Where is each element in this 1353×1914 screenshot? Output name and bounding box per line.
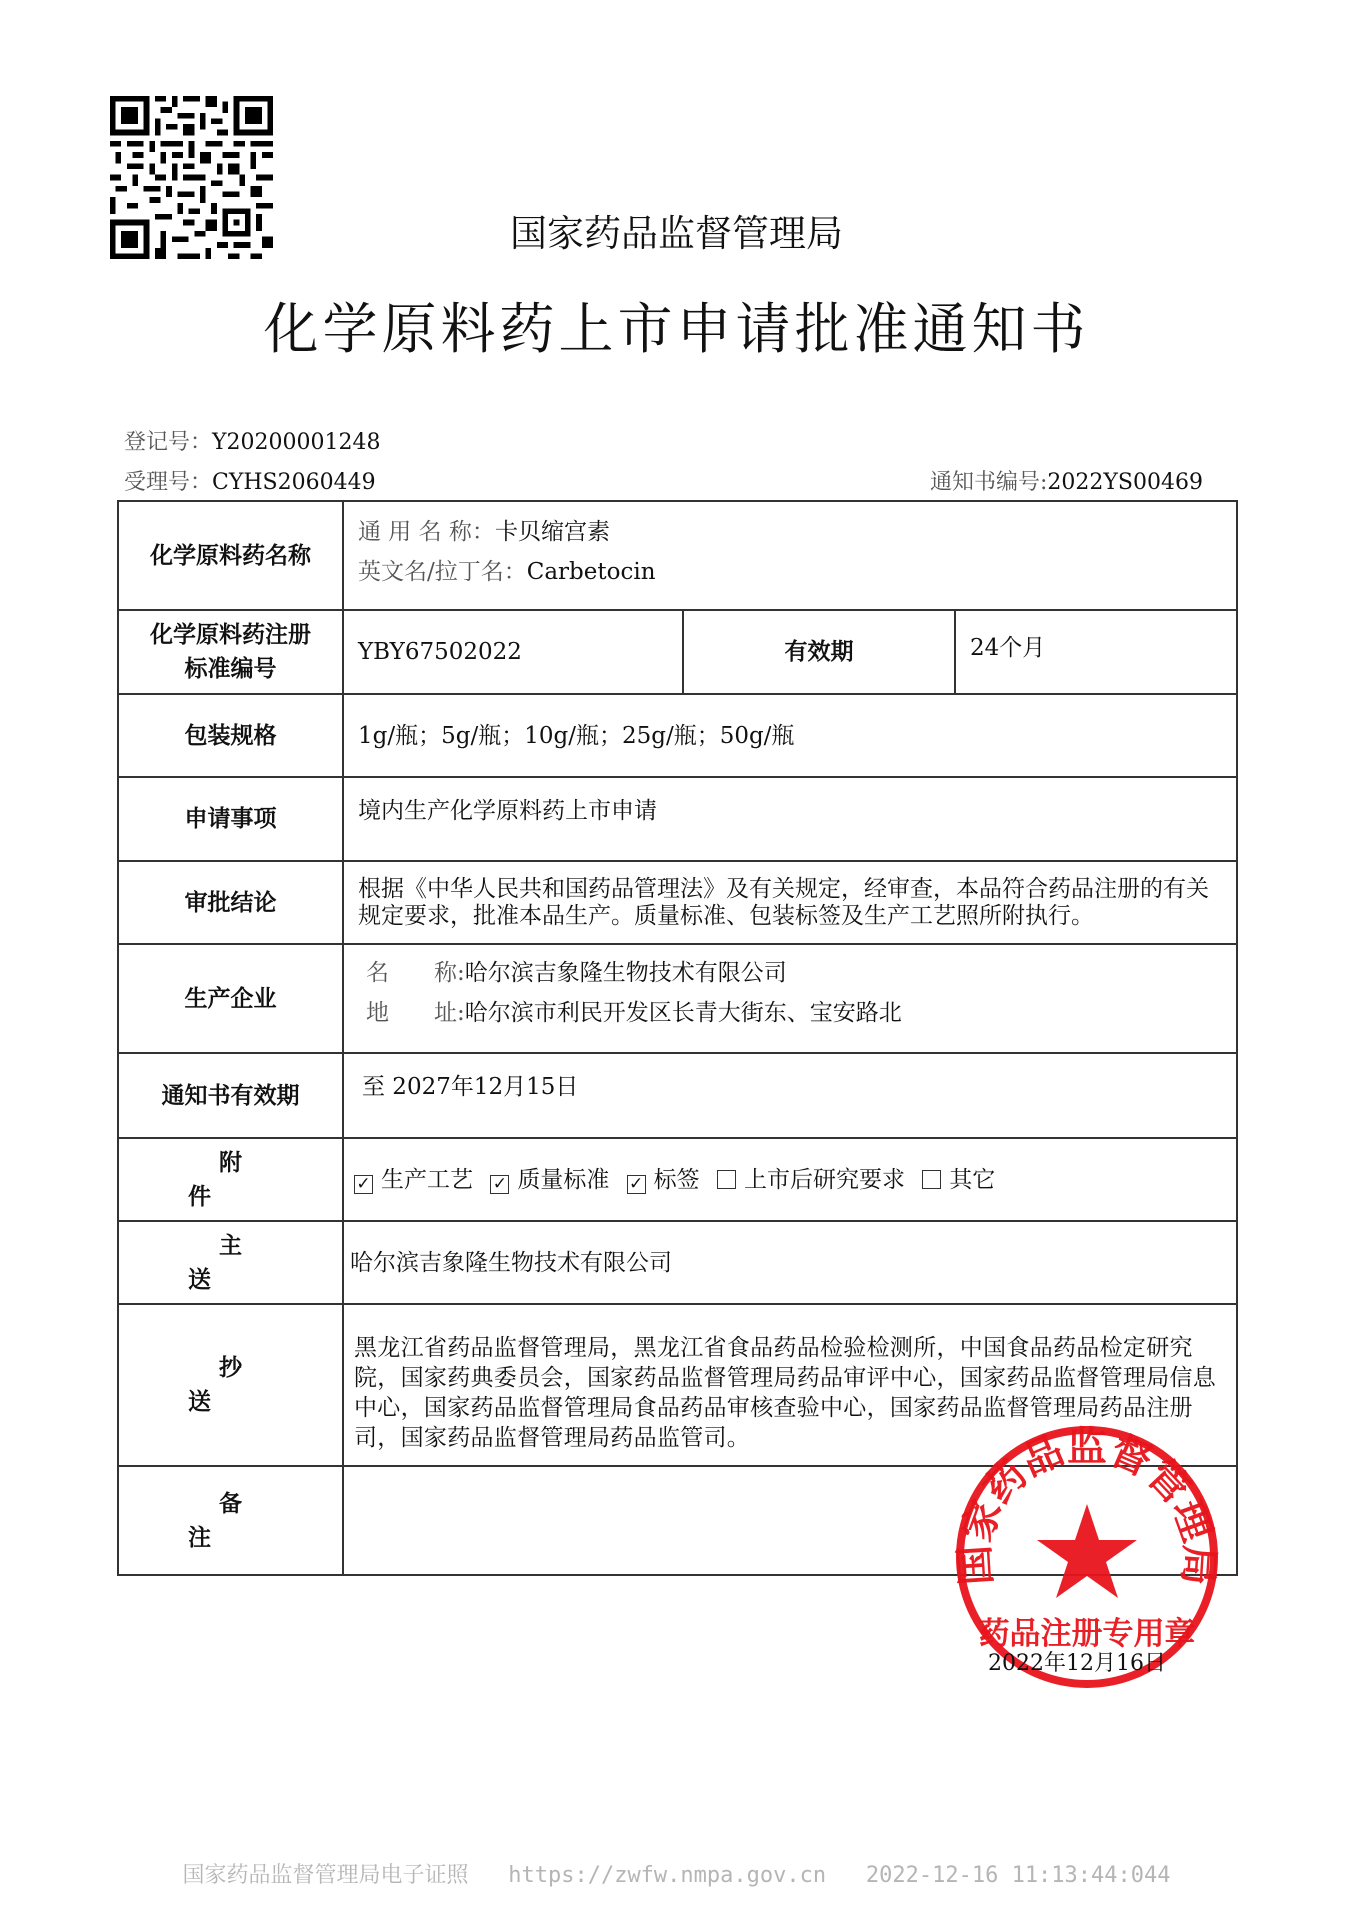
attachment-other: 其它 bbox=[922, 1167, 995, 1193]
packaging-label: 包装规格 bbox=[118, 694, 343, 777]
manufacturer-address-line: 地址:哈尔滨市利民开发区长青大街东、宝安路北 bbox=[358, 993, 1236, 1033]
issuing-organization: 国家药品监督管理局 bbox=[0, 203, 1353, 257]
attachments-label-text: 附件 bbox=[157, 1149, 304, 1210]
standard-value: YBY67502022 bbox=[343, 610, 683, 694]
attachment-label: 质量标准 bbox=[517, 1167, 609, 1193]
common-name-value: 卡贝缩宫素 bbox=[495, 519, 610, 545]
conclusion-label: 审批结论 bbox=[118, 861, 343, 944]
attachment-quality-standard: ✓质量标准 bbox=[490, 1167, 609, 1193]
attachment-label: 标签 bbox=[654, 1167, 700, 1193]
attachment-label: 上市后研究要求 bbox=[744, 1167, 905, 1193]
acceptance-number: 受理号：CYHS2060449 bbox=[124, 465, 376, 496]
row-packaging: 包装规格 1g/瓶；5g/瓶；10g/瓶；25g/瓶；50g/瓶 bbox=[118, 694, 1237, 777]
attachment-label: 生产工艺 bbox=[381, 1167, 473, 1193]
footer-source: 国家药品监督管理局电子证照 bbox=[182, 1863, 468, 1888]
common-name-label: 通 用 名 称： bbox=[358, 519, 495, 545]
attachments-label: 附件 bbox=[118, 1138, 343, 1221]
approval-table: 化学原料药名称 通 用 名 称：卡贝缩宫素 英文名/拉丁名：Carbetocin… bbox=[117, 500, 1238, 1576]
drug-name-label: 化学原料药名称 bbox=[118, 501, 343, 610]
registration-number: 登记号：Y20200001248 bbox=[124, 425, 381, 456]
attachment-label: 其它 bbox=[949, 1167, 995, 1193]
remarks-label-text: 备注 bbox=[157, 1490, 304, 1551]
english-name-value: Carbetocin bbox=[527, 559, 656, 585]
checkbox-unchecked-icon bbox=[717, 1170, 736, 1189]
footer: 国家药品监督管理局电子证照 https://zwfw.nmpa.gov.cn 2… bbox=[0, 1858, 1353, 1889]
address-label-part1: 地 bbox=[358, 993, 434, 1033]
star-icon bbox=[1037, 1504, 1137, 1598]
acceptance-label: 受理号： bbox=[124, 470, 212, 495]
document-title: 化学原料药上市申请批准通知书 bbox=[0, 285, 1353, 364]
row-main-recipient: 主送 哈尔滨吉象隆生物技术有限公司 bbox=[118, 1221, 1237, 1304]
manufacturer-name-line: 名称:哈尔滨吉象隆生物技术有限公司 bbox=[358, 953, 1236, 993]
conclusion-value: 根据《中华人民共和国药品管理法》及有关规定，经审查，本品符合药品注册的有关规定要… bbox=[343, 861, 1237, 944]
notice-label: 通知书编号: bbox=[930, 470, 1047, 495]
validity-value: 24个月 bbox=[955, 610, 1237, 694]
row-drug-name: 化学原料药名称 通 用 名 称：卡贝缩宫素 英文名/拉丁名：Carbetocin bbox=[118, 501, 1237, 610]
standard-label: 化学原料药注册 标准编号 bbox=[118, 610, 343, 694]
registration-label: 登记号： bbox=[124, 430, 212, 455]
main-recipient-label-text: 主送 bbox=[157, 1232, 304, 1293]
application-value: 境内生产化学原料药上市申请 bbox=[343, 777, 1237, 861]
row-conclusion: 审批结论 根据《中华人民共和国药品管理法》及有关规定，经审查，本品符合药品注册的… bbox=[118, 861, 1237, 944]
row-application: 申请事项 境内生产化学原料药上市申请 bbox=[118, 777, 1237, 861]
issue-date: 2022年12月16日 bbox=[988, 1646, 1166, 1677]
manufacturer-label: 生产企业 bbox=[118, 944, 343, 1053]
manufacturer-address: 哈尔滨市利民开发区长青大街东、宝安路北 bbox=[465, 1000, 902, 1026]
name-label-part1: 名 bbox=[358, 953, 434, 993]
checkbox-checked-icon: ✓ bbox=[354, 1175, 373, 1194]
remarks-label: 备注 bbox=[118, 1466, 343, 1575]
manufacturer-cell: 名称:哈尔滨吉象隆生物技术有限公司 地址:哈尔滨市利民开发区长青大街东、宝安路北 bbox=[343, 944, 1237, 1053]
row-notice-validity: 通知书有效期 至 2027年12月15日 bbox=[118, 1053, 1237, 1138]
attachment-production-process: ✓生产工艺 bbox=[354, 1167, 473, 1193]
attachment-label-item: ✓标签 bbox=[627, 1167, 700, 1193]
registration-value: Y20200001248 bbox=[212, 430, 381, 455]
main-recipient-value: 哈尔滨吉象隆生物技术有限公司 bbox=[343, 1221, 1237, 1304]
standard-label-line2: 标准编号 bbox=[119, 652, 342, 686]
cc-label: 抄送 bbox=[118, 1304, 343, 1466]
main-recipient-label: 主送 bbox=[118, 1221, 343, 1304]
cc-label-text: 抄送 bbox=[157, 1354, 304, 1415]
notice-validity-value: 至 2027年12月15日 bbox=[343, 1053, 1237, 1138]
validity-label: 有效期 bbox=[683, 610, 955, 694]
application-label: 申请事项 bbox=[118, 777, 343, 861]
address-label-part2: 址: bbox=[434, 1000, 465, 1026]
row-manufacturer: 生产企业 名称:哈尔滨吉象隆生物技术有限公司 地址:哈尔滨市利民开发区长青大街东… bbox=[118, 944, 1237, 1053]
english-name-label: 英文名/拉丁名： bbox=[358, 559, 527, 585]
name-label-part2: 称: bbox=[434, 960, 465, 986]
acceptance-value: CYHS2060449 bbox=[212, 470, 376, 495]
checkbox-checked-icon: ✓ bbox=[490, 1175, 509, 1194]
notice-validity-label: 通知书有效期 bbox=[118, 1053, 343, 1138]
drug-name-cell: 通 用 名 称：卡贝缩宫素 英文名/拉丁名：Carbetocin bbox=[343, 501, 1237, 610]
row-standard: 化学原料药注册 标准编号 YBY67502022 有效期 24个月 bbox=[118, 610, 1237, 694]
notice-number: 通知书编号:2022YS00469 bbox=[930, 465, 1203, 496]
footer-url[interactable]: https://zwfw.nmpa.gov.cn bbox=[508, 1863, 826, 1888]
checkbox-checked-icon: ✓ bbox=[627, 1175, 646, 1194]
packaging-value: 1g/瓶；5g/瓶；10g/瓶；25g/瓶；50g/瓶 bbox=[343, 694, 1237, 777]
attachment-post-market-research: 上市后研究要求 bbox=[717, 1167, 905, 1193]
checkbox-unchecked-icon bbox=[922, 1170, 941, 1189]
footer-timestamp: 2022-12-16 11:13:44:044 bbox=[866, 1863, 1171, 1888]
standard-label-line1: 化学原料药注册 bbox=[119, 618, 342, 652]
manufacturer-name: 哈尔滨吉象隆生物技术有限公司 bbox=[465, 960, 787, 986]
attachments-list: ✓生产工艺 ✓质量标准 ✓标签 上市后研究要求 其它 bbox=[343, 1138, 1237, 1221]
row-attachments: 附件 ✓生产工艺 ✓质量标准 ✓标签 上市后研究要求 其它 bbox=[118, 1138, 1237, 1221]
notice-value: 2022YS00469 bbox=[1047, 470, 1203, 495]
